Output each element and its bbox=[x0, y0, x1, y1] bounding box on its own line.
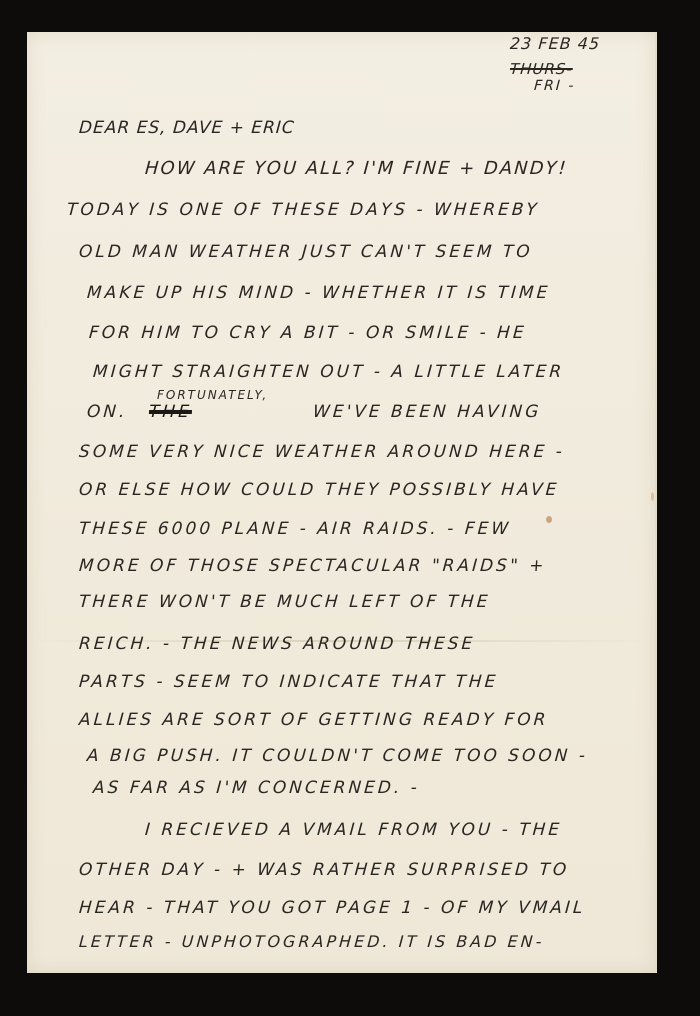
letter-line: HOW ARE YOU ALL? I'M FINE + DANDY! bbox=[144, 158, 568, 179]
letter-line: FOR HIM TO CRY A BIT - OR SMILE - HE bbox=[88, 323, 527, 343]
letter-line: AS FAR AS I'M CONCERNED. - bbox=[92, 778, 420, 798]
letter-line: OLD MAN WEATHER JUST CAN'T SEEM TO bbox=[78, 242, 533, 262]
letter-line: OTHER DAY - + WAS RATHER SURPRISED TO bbox=[78, 860, 570, 880]
letter-line: ALLIES ARE SORT OF GETTING READY FOR bbox=[78, 710, 549, 730]
letter-line: SOME VERY NICE WEATHER AROUND HERE - bbox=[78, 442, 565, 462]
letter-line: PARTS - SEEM TO INDICATE THAT THE bbox=[78, 672, 499, 692]
correction-insert: FORTUNATELY, bbox=[157, 388, 268, 402]
letter-day-struck: THURS- bbox=[509, 60, 573, 78]
letter-line: A BIG PUSH. IT COULDN'T COME TOO SOON - bbox=[86, 746, 588, 766]
letter-line: I RECIEVED A VMAIL FROM YOU - THE bbox=[144, 820, 563, 840]
letter-line: MIGHT STRAIGHTEN OUT - A LITTLE LATER bbox=[92, 362, 565, 382]
letter-line: MORE OF THOSE SPECTACULAR "RAIDS" + bbox=[78, 556, 547, 576]
letter-page: 23 FEB 45 THURS- FRI - DEAR ES, DAVE + E… bbox=[27, 32, 657, 973]
letter-line: LETTER - UNPHOTOGRAPHED. IT IS BAD EN- bbox=[78, 932, 545, 951]
letter-line: HEAR - THAT YOU GOT PAGE 1 - OF MY VMAIL bbox=[78, 898, 586, 918]
letter-line: TODAY IS ONE OF THESE DAYS - WHEREBY bbox=[66, 200, 540, 220]
letter-line: WE'VE BEEN HAVING bbox=[312, 402, 542, 422]
letter-line: REICH. - THE NEWS AROUND THESE bbox=[78, 634, 476, 654]
ink-stain bbox=[546, 516, 552, 523]
letter-day: FRI - bbox=[533, 78, 576, 94]
ink-stain bbox=[651, 492, 654, 501]
letter-line: THESE 6000 PLANE - AIR RAIDS. - FEW bbox=[78, 519, 512, 539]
letter-line: OR ELSE HOW COULD THEY POSSIBLY HAVE bbox=[78, 480, 560, 500]
letter-date: 23 FEB 45 bbox=[509, 34, 601, 53]
letter-line: THERE WON'T BE MUCH LEFT OF THE bbox=[78, 592, 491, 612]
struck-word: THE bbox=[148, 402, 192, 422]
letter-line: MAKE UP HIS MIND - WHETHER IT IS TIME bbox=[86, 283, 551, 303]
letter-line: ON. bbox=[86, 402, 128, 422]
salutation: DEAR ES, DAVE + ERIC bbox=[78, 118, 295, 138]
